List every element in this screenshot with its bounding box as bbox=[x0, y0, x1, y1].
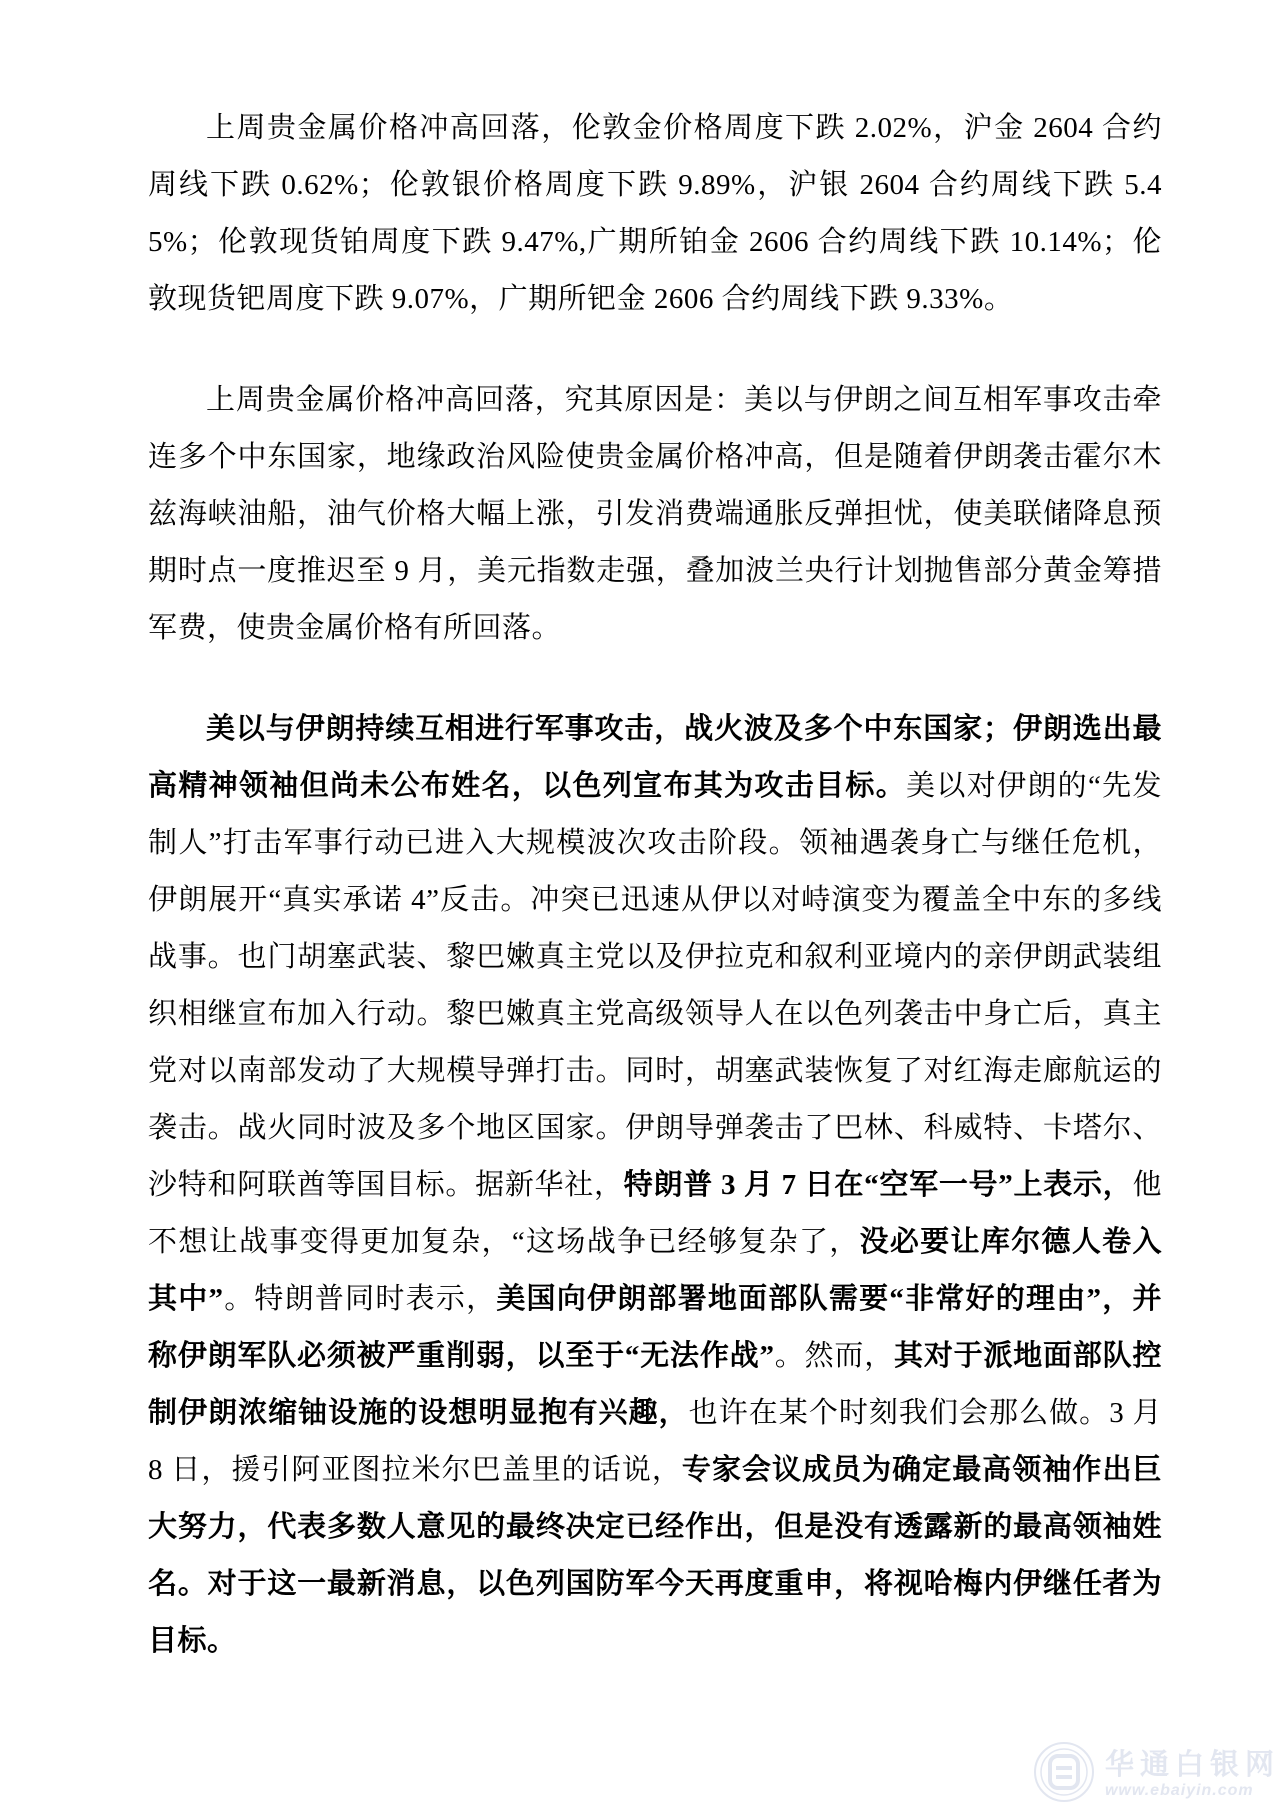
paragraph: 美以与伊朗持续互相进行军事攻击，战火波及多个中东国家；伊朗选出最高精神领袖但尚未… bbox=[148, 701, 1162, 1670]
document-body: 上周贵金属价格冲高回落，伦敦金价格周度下跌 2.02%，沪金 2604 合约周线… bbox=[148, 100, 1162, 1670]
text-run: 美以对伊朗的“先发制人”打击军事行动已进入大规模波次攻击阶段。领袖遇袭身亡与继任… bbox=[148, 770, 1162, 1201]
text-run: 上周贵金属价格冲高回落，伦敦金价格周度下跌 2.02%，沪金 2604 合约周线… bbox=[148, 112, 1162, 315]
paragraph: 上周贵金属价格冲高回落，伦敦金价格周度下跌 2.02%，沪金 2604 合约周线… bbox=[148, 100, 1162, 328]
site-watermark: 华通白银网 www.ebaiyin.com bbox=[1033, 1741, 1280, 1808]
watermark-site-url: www.ebaiyin.com bbox=[1105, 1782, 1280, 1800]
paragraph: 上周贵金属价格冲高回落，究其原因是：美以与伊朗之间互相军事攻击牵连多个中东国家，… bbox=[148, 372, 1162, 657]
watermark-text: 华通白银网 www.ebaiyin.com bbox=[1105, 1750, 1280, 1799]
text-run: 。特朗普同时表示， bbox=[223, 1283, 496, 1315]
text-run-bold: 特朗普 3 月 7 日在“空军一号”上表示， bbox=[624, 1169, 1133, 1201]
text-run: 。然而， bbox=[774, 1340, 894, 1372]
text-run: 上周贵金属价格冲高回落，究其原因是：美以与伊朗之间互相军事攻击牵连多个中东国家，… bbox=[148, 384, 1162, 644]
document-page: 上周贵金属价格冲高回落，伦敦金价格周度下跌 2.02%，沪金 2604 合约周线… bbox=[0, 0, 1286, 1818]
watermark-site-name: 华通白银网 bbox=[1105, 1750, 1280, 1782]
watermark-logo-icon bbox=[1033, 1741, 1095, 1808]
